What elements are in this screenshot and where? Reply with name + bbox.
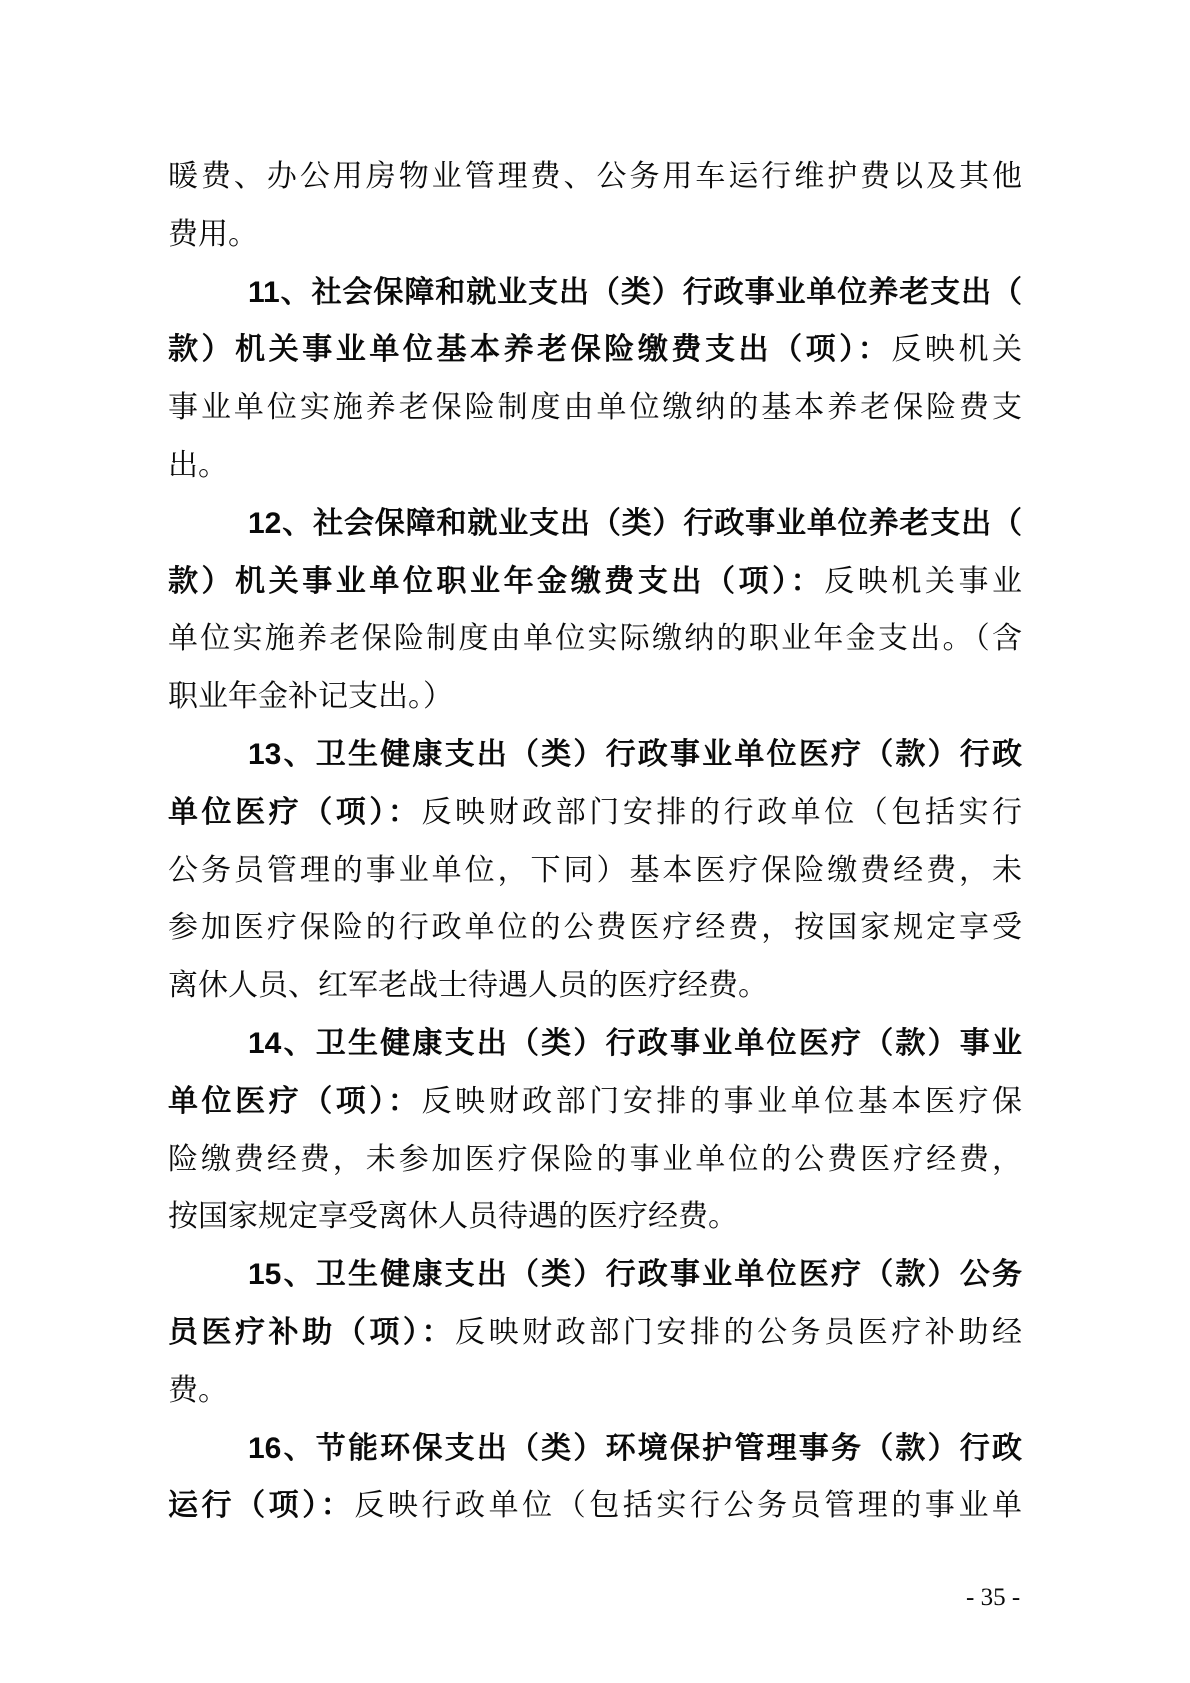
heading-segment: 14、卫生健康支出（类）行政事业单位医疗（款）事业 <box>248 1027 1022 1060</box>
body-segment: 暖费、办公用房物业管理费、公务用车运行维护费以及其他 <box>168 160 1022 193</box>
heading-segment: 单位医疗（项）： <box>168 1085 421 1118</box>
body-segment: 反映行政单位（包括实行公务员管理的事业单 <box>354 1489 1022 1522</box>
heading-segment: 运行（项）： <box>168 1489 354 1522</box>
text-line: 公务员管理的事业单位，下同）基本医疗保险缴费经费，未 <box>168 842 1022 900</box>
text-line: 职业年金补记支出。） <box>168 668 1022 726</box>
document-text: 暖费、办公用房物业管理费、公务用车运行维护费以及其他费用。11、社会保障和就业支… <box>168 148 1022 1535</box>
body-segment: 按国家规定享受离休人员待遇的医疗经费。 <box>168 1200 738 1233</box>
page-number: - 35 - <box>966 1582 1020 1614</box>
body-segment: 费用。 <box>168 218 258 251</box>
text-line: 款）机关事业单位基本养老保险缴费支出（项）：反映机关 <box>168 321 1022 379</box>
heading-segment: 款）机关事业单位职业年金缴费支出（项）： <box>168 565 824 598</box>
text-line: 11、社会保障和就业支出（类）行政事业单位养老支出（ <box>168 264 1022 322</box>
heading-segment: 款）机关事业单位基本养老保险缴费支出（项）： <box>168 333 891 366</box>
body-segment: 反映财政部门安排的行政单位（包括实行 <box>421 796 1022 829</box>
text-line: 款）机关事业单位职业年金缴费支出（项）：反映机关事业 <box>168 553 1022 611</box>
text-line: 14、卫生健康支出（类）行政事业单位医疗（款）事业 <box>168 1015 1022 1073</box>
text-line: 费用。 <box>168 206 1022 264</box>
text-line: 暖费、办公用房物业管理费、公务用车运行维护费以及其他 <box>168 148 1022 206</box>
heading-segment: 员医疗补助（项）： <box>168 1316 455 1349</box>
body-segment: 费。 <box>168 1374 228 1407</box>
body-segment: 单位实施养老保险制度由单位实际缴纳的职业年金支出。（含 <box>168 622 1022 655</box>
text-line: 单位实施养老保险制度由单位实际缴纳的职业年金支出。（含 <box>168 610 1022 668</box>
text-line: 出。 <box>168 437 1022 495</box>
body-segment: 出。 <box>168 449 228 482</box>
text-line: 险缴费经费，未参加医疗保险的事业单位的公费医疗经费， <box>168 1131 1022 1189</box>
text-line: 离休人员、红军老战士待遇人员的医疗经费。 <box>168 957 1022 1015</box>
text-line: 费。 <box>168 1362 1022 1420</box>
body-segment: 反映机关 <box>891 333 1022 366</box>
heading-segment: 12、社会保障和就业支出（类）行政事业单位养老支出（ <box>248 507 1022 540</box>
text-line: 12、社会保障和就业支出（类）行政事业单位养老支出（ <box>168 495 1022 553</box>
text-line: 员医疗补助（项）：反映财政部门安排的公务员医疗补助经 <box>168 1304 1022 1362</box>
text-line: 13、卫生健康支出（类）行政事业单位医疗（款）行政 <box>168 726 1022 784</box>
heading-segment: 11、社会保障和就业支出（类）行政事业单位养老支出（ <box>248 276 1022 309</box>
document-page: 暖费、办公用房物业管理费、公务用车运行维护费以及其他费用。11、社会保障和就业支… <box>0 0 1190 1683</box>
body-segment: 参加医疗保险的行政单位的公费医疗经费，按国家规定享受 <box>168 911 1022 944</box>
heading-segment: 13、卫生健康支出（类）行政事业单位医疗（款）行政 <box>248 738 1022 771</box>
body-segment: 离休人员、红军老战士待遇人员的医疗经费。 <box>168 969 768 1002</box>
text-line: 单位医疗（项）：反映财政部门安排的行政单位（包括实行 <box>168 784 1022 842</box>
heading-segment: 15、卫生健康支出（类）行政事业单位医疗（款）公务 <box>248 1258 1022 1291</box>
text-line: 参加医疗保险的行政单位的公费医疗经费，按国家规定享受 <box>168 899 1022 957</box>
body-segment: 险缴费经费，未参加医疗保险的事业单位的公费医疗经费， <box>168 1143 1022 1176</box>
text-line: 16、节能环保支出（类）环境保护管理事务（款）行政 <box>168 1420 1022 1478</box>
text-line: 事业单位实施养老保险制度由单位缴纳的基本养老保险费支 <box>168 379 1022 437</box>
text-line: 单位医疗（项）：反映财政部门安排的事业单位基本医疗保 <box>168 1073 1022 1131</box>
text-line: 按国家规定享受离休人员待遇的医疗经费。 <box>168 1188 1022 1246</box>
body-segment: 反映财政部门安排的事业单位基本医疗保 <box>421 1085 1022 1118</box>
heading-segment: 单位医疗（项）： <box>168 796 421 829</box>
text-line: 15、卫生健康支出（类）行政事业单位医疗（款）公务 <box>168 1246 1022 1304</box>
body-segment: 反映财政部门安排的公务员医疗补助经 <box>455 1316 1022 1349</box>
body-segment: 职业年金补记支出。） <box>168 680 453 713</box>
body-segment: 公务员管理的事业单位，下同）基本医疗保险缴费经费，未 <box>168 854 1022 887</box>
body-segment: 事业单位实施养老保险制度由单位缴纳的基本养老保险费支 <box>168 391 1022 424</box>
body-segment: 反映机关事业 <box>824 565 1022 598</box>
text-line: 运行（项）：反映行政单位（包括实行公务员管理的事业单 <box>168 1477 1022 1535</box>
heading-segment: 16、节能环保支出（类）环境保护管理事务（款）行政 <box>248 1432 1022 1465</box>
